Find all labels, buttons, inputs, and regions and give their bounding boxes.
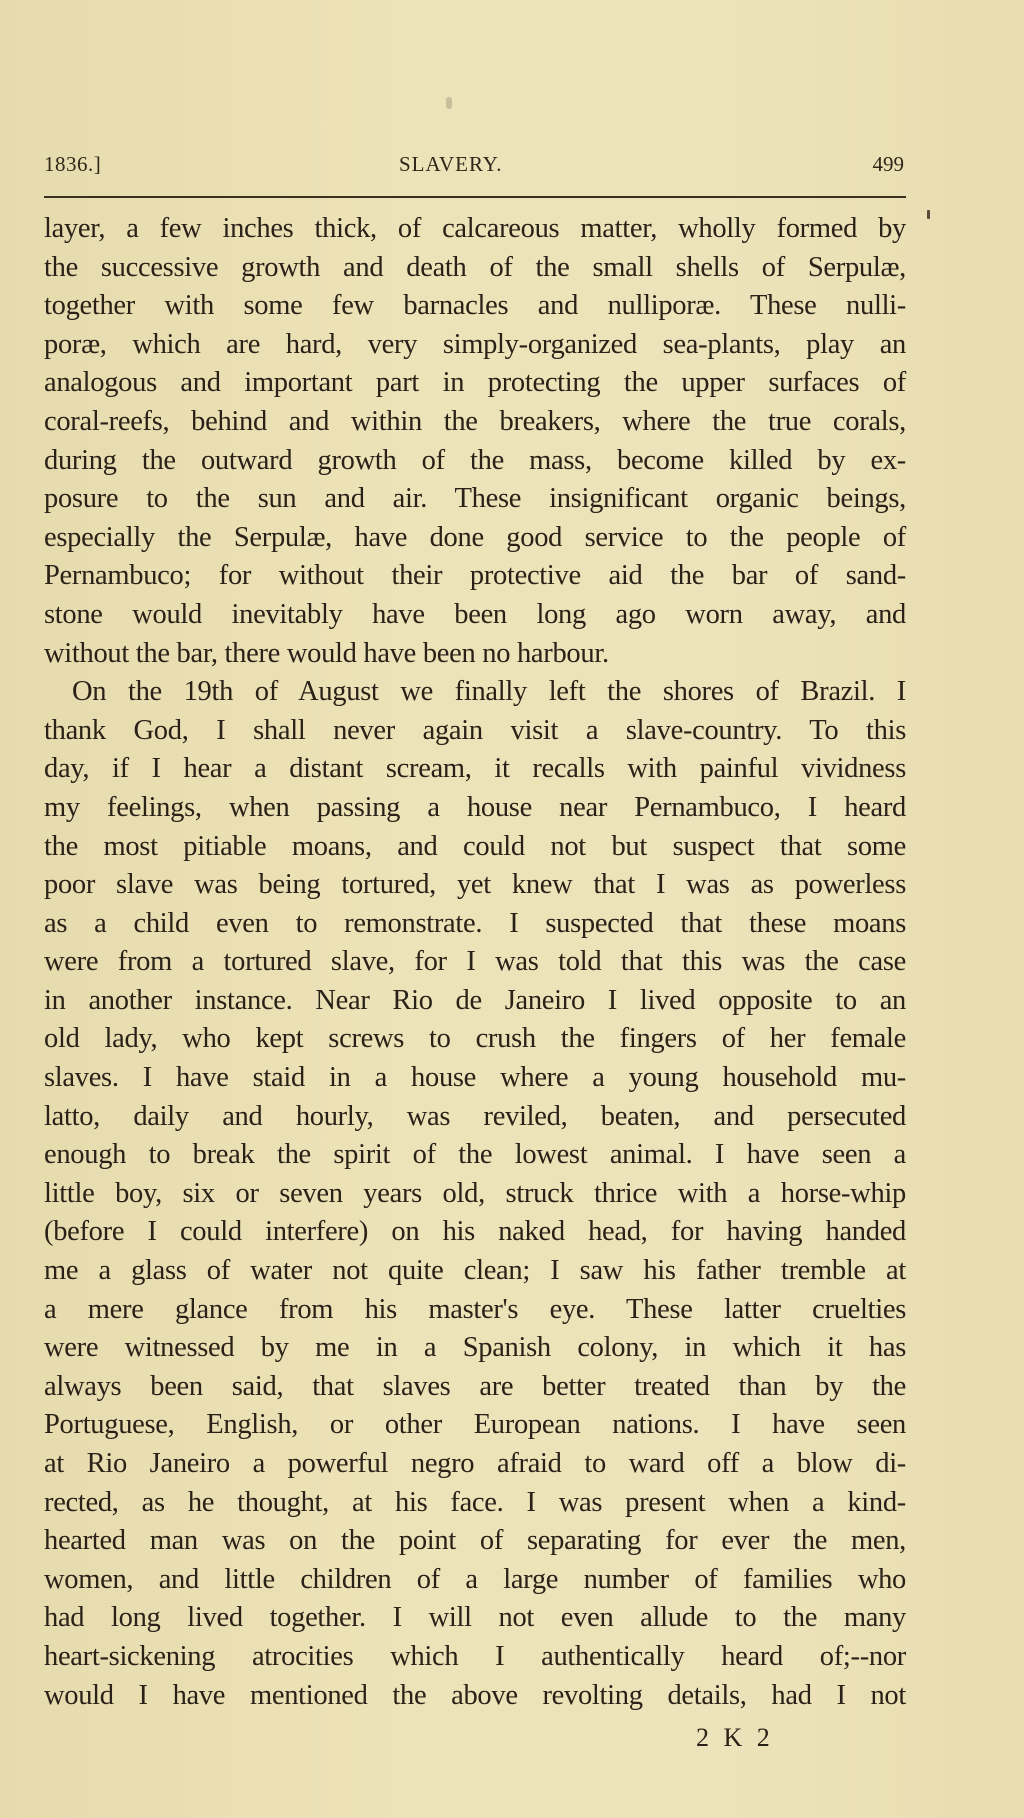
signature-mark: 2 K 2 xyxy=(696,1723,774,1753)
text-line: layer, a few inches thick, of calcareous… xyxy=(44,210,906,249)
text-line: poræ, which are hard, very simply-organi… xyxy=(44,326,906,365)
text-line: hearted man was on the point of separati… xyxy=(44,1522,906,1561)
text-line: enough to break the spirit of the lowest… xyxy=(44,1136,906,1175)
text-line: my feelings, when passing a house near P… xyxy=(44,789,906,828)
running-head-title: SLAVERY. xyxy=(399,152,503,177)
body-text: layer, a few inches thick, of calcareous… xyxy=(44,210,906,1715)
scan-smudge xyxy=(446,97,452,109)
text-line: poor slave was being tortured, yet knew … xyxy=(44,866,906,905)
paragraph: layer, a few inches thick, of calcareous… xyxy=(44,210,906,673)
text-line: at Rio Janeiro a powerful negro afraid t… xyxy=(44,1445,906,1484)
text-line: the most pitiable moans, and could not b… xyxy=(44,828,906,867)
text-line: were from a tortured slave, for I was to… xyxy=(44,943,906,982)
running-head-year: 1836.] xyxy=(44,152,101,177)
text-line: during the outward growth of the mass, b… xyxy=(44,442,906,481)
text-line: women, and little children of a large nu… xyxy=(44,1561,906,1600)
text-line: Pernambuco; for without their protective… xyxy=(44,557,906,596)
text-line: especially the Serpulæ, have done good s… xyxy=(44,519,906,558)
text-line: thank God, I shall never again visit a s… xyxy=(44,712,906,751)
text-line: old lady, who kept screws to crush the f… xyxy=(44,1020,906,1059)
text-line: little boy, six or seven years old, stru… xyxy=(44,1175,906,1214)
text-line: stone would inevitably have been long ag… xyxy=(44,596,906,635)
text-line: Portuguese, English, or other European n… xyxy=(44,1406,906,1445)
page-number: 499 xyxy=(873,152,905,177)
text-line: me a glass of water not quite clean; I s… xyxy=(44,1252,906,1291)
text-line: were witnessed by me in a Spanish colony… xyxy=(44,1329,906,1368)
header-rule xyxy=(44,196,906,198)
text-line: coral-reefs, behind and within the break… xyxy=(44,403,906,442)
text-line: a mere glance from his master's eye. The… xyxy=(44,1291,906,1330)
text-line: heart-sickening atrocities which I authe… xyxy=(44,1638,906,1677)
text-line: would I have mentioned the above revolti… xyxy=(44,1677,906,1716)
text-line: rected, as he thought, at his face. I wa… xyxy=(44,1484,906,1523)
paragraph: On the 19th of August we finally left th… xyxy=(44,673,906,1715)
text-line: together with some few barnacles and nul… xyxy=(44,287,906,326)
text-line: always been said, that slaves are better… xyxy=(44,1368,906,1407)
text-line: had long lived together. I will not even… xyxy=(44,1599,906,1638)
text-line: On the 19th of August we finally left th… xyxy=(44,673,906,712)
running-head: 1836.] SLAVERY. 499 xyxy=(44,152,904,182)
text-line: without the bar, there would have been n… xyxy=(44,635,906,674)
text-line: day, if I hear a distant scream, it reca… xyxy=(44,750,906,789)
text-line: posure to the sun and air. These insigni… xyxy=(44,480,906,519)
text-line: latto, daily and hourly, was reviled, be… xyxy=(44,1098,906,1137)
text-line: analogous and important part in protecti… xyxy=(44,364,906,403)
text-line: slaves. I have staid in a house where a … xyxy=(44,1059,906,1098)
text-line: as a child even to remonstrate. I suspec… xyxy=(44,905,906,944)
text-line: the successive growth and death of the s… xyxy=(44,249,906,288)
scan-mark xyxy=(927,210,930,219)
text-line: (before I could interfere) on his naked … xyxy=(44,1213,906,1252)
text-line: in another instance. Near Rio de Janeiro… xyxy=(44,982,906,1021)
